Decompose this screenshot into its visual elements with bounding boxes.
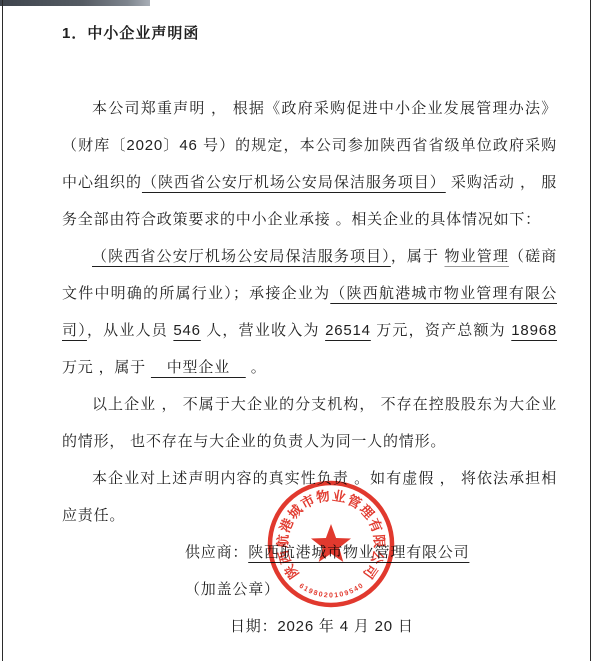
declaration-paragraph-1: 本公司郑重声明 ， 根据《政府采购促进中小企业发展管理办法》（财库〔2020〕4… (62, 90, 557, 238)
page-right-border (590, 0, 591, 661)
declaration-paragraph-2: （陕西省公安厅机场公安局保洁服务项目），属于 物业管理（磋商文件中明确的所属行业… (62, 238, 557, 386)
underlined-enterprise-type: 中型企业 (151, 359, 246, 376)
text-segment: 万元，资产总额为 (371, 322, 511, 339)
underlined-assets-value: 18968 (511, 322, 557, 339)
document-content: 1．中小企业声明函 本公司郑重声明 ， 根据《政府采购促进中小企业发展管理办法》… (62, 22, 557, 645)
supplier-company-name: 陕西航港城市物业管理有限公司 (248, 544, 469, 561)
declaration-paragraph-3: 以上企业 ， 不属于大企业的分支机构， 不存在控股股东为大企业的情形， 也不存在… (62, 386, 557, 460)
text-segment: ，从业人员 (87, 322, 173, 339)
text-segment: ，属于 (391, 248, 445, 265)
declaration-paragraph-4: 本企业对上述声明内容的真实性负责 。如有虚假 ， 将依法承担相应责任。 (62, 460, 557, 534)
document-title: 1．中小企业声明函 (62, 22, 557, 43)
underlined-revenue-value: 26514 (325, 322, 371, 339)
text-segment: 人，营业收入为 (201, 322, 325, 339)
text-segment: 以上企业 ， 不属于大企业的分支机构， 不存在控股股东为大企业的情形， 也不存在… (62, 396, 557, 450)
page-left-border (2, 0, 3, 661)
underlined-industry-value: 物业管理 (444, 248, 509, 265)
text-segment: 。 (246, 359, 267, 376)
underlined-project-name: （陕西省公安厅机场公安局保洁服务项目） (142, 174, 446, 191)
window-edge-bar (0, 0, 150, 6)
underlined-project-name: （陕西省公安厅机场公安局保洁服务项目） (92, 248, 391, 265)
text-segment: 本企业对上述声明内容的真实性负责 。如有虚假 ， 将依法承担相应责任。 (62, 470, 557, 524)
supplier-label: 供应商： (185, 544, 248, 561)
seal-instruction-label: （加盖公章） (185, 581, 280, 598)
date-line: 日期：2026 年 4 月 20 日 (230, 608, 557, 645)
underlined-employee-count: 546 (173, 322, 200, 339)
supplier-line: 供应商：陕西航港城市物业管理有限公司（加盖公章） (185, 534, 557, 608)
document-page: 1．中小企业声明函 本公司郑重声明 ， 根据《政府采购促进中小企业发展管理办法》… (0, 0, 596, 661)
